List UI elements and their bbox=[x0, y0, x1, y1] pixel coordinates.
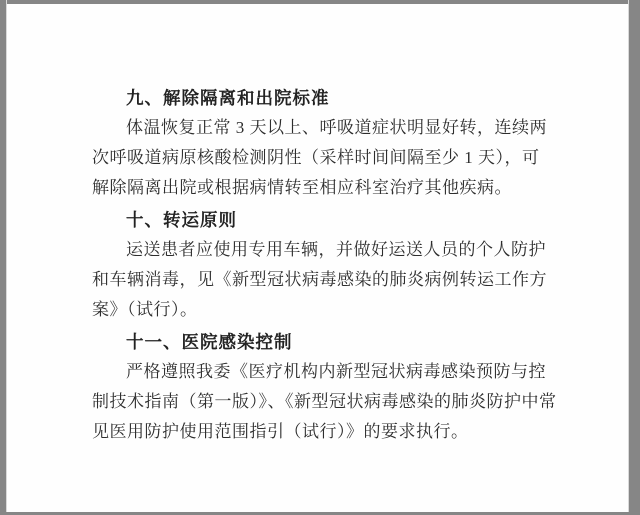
paragraph-line: 制技术指南（第一版）》、《新型冠状病毒感染的肺炎防护中常 bbox=[92, 387, 550, 417]
document-content: 九、解除隔离和出院标准 体温恢复正常 3 天以上、呼吸道症状明显好转，连续两 次… bbox=[92, 83, 550, 447]
paragraph-line: 和车辆消毒，见《新型冠状病毒感染的肺炎病例转运工作方 bbox=[92, 265, 550, 295]
paragraph-line: 案》（试行）。 bbox=[92, 295, 550, 325]
section-hospital-infection-control: 十一、医院感染控制 严格遵照我委《医疗机构内新型冠状病毒感染预防与控 制技术指南… bbox=[92, 327, 550, 447]
page-edge-top bbox=[0, 0, 640, 4]
paragraph-line: 运送患者应使用专用车辆，并做好运送人员的个人防护 bbox=[92, 235, 550, 265]
document-page: 九、解除隔离和出院标准 体温恢复正常 3 天以上、呼吸道症状明显好转，连续两 次… bbox=[0, 0, 640, 515]
section-discharge-criteria: 九、解除隔离和出院标准 体温恢复正常 3 天以上、呼吸道症状明显好转，连续两 次… bbox=[92, 83, 550, 203]
paragraph-line: 见医用防护使用范围指引（试行）》的要求执行。 bbox=[92, 417, 550, 447]
section-heading: 十一、医院感染控制 bbox=[92, 327, 550, 357]
paragraph-line: 严格遵照我委《医疗机构内新型冠状病毒感染预防与控 bbox=[92, 357, 550, 387]
paragraph-line: 解除隔离出院或根据病情转至相应科室治疗其他疾病。 bbox=[92, 173, 550, 203]
section-heading: 十、转运原则 bbox=[92, 205, 550, 235]
page-edge-right bbox=[628, 0, 640, 515]
paragraph-line: 体温恢复正常 3 天以上、呼吸道症状明显好转，连续两 bbox=[92, 113, 550, 143]
paragraph-line: 次呼吸道病原核酸检测阴性（采样时间间隔至少 1 天），可 bbox=[92, 143, 550, 173]
page-edge-left bbox=[0, 0, 7, 515]
section-transport-principles: 十、转运原则 运送患者应使用专用车辆，并做好运送人员的个人防护 和车辆消毒，见《… bbox=[92, 205, 550, 325]
section-heading: 九、解除隔离和出院标准 bbox=[92, 83, 550, 113]
